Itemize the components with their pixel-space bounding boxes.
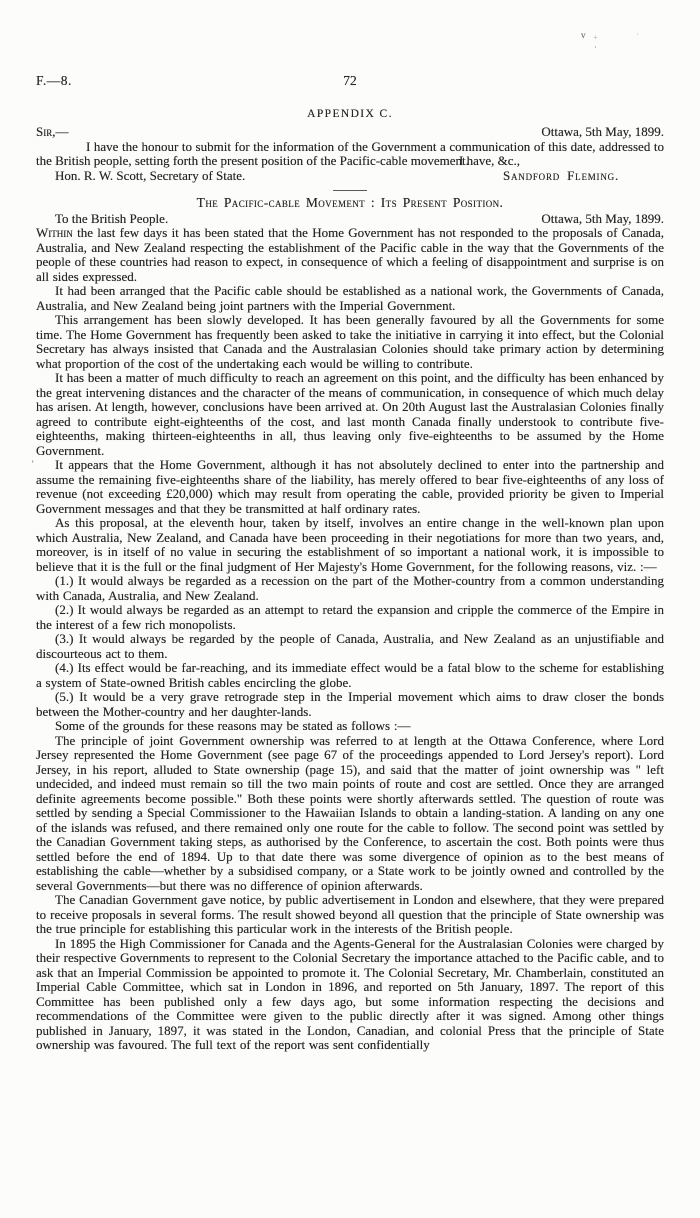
section-heading: The Pacific-cable Movement : Its Present… <box>36 196 664 211</box>
scan-speck: + <box>593 34 598 42</box>
list-item-paragraph: (5.) It would be a very grave retrograde… <box>36 690 664 719</box>
paragraph: In 1895 the High Commissioner for Canada… <box>36 937 664 1053</box>
letter-dateline: Ottawa, 5th May, 1899. <box>541 212 664 227</box>
paragraph: It has been a matter of much difficulty … <box>36 371 664 458</box>
addressee-signature-row: Hon. R. W. Scott, Secretary of State. Sa… <box>36 169 664 184</box>
page-header: F.—8. 72 <box>36 74 664 89</box>
list-item-paragraph: (2.) It would always be regarded as an a… <box>36 603 664 632</box>
list-item-paragraph: (3.) It would always be regarded by the … <box>36 632 664 661</box>
signature: Sandford Fleming. <box>503 169 664 184</box>
paragraph-lead: Within <box>36 225 73 240</box>
section-divider <box>333 190 367 191</box>
paragraph: The Canadian Government gave notice, by … <box>36 893 664 937</box>
paragraph: The principle of joint Government owners… <box>36 734 664 894</box>
scan-speck: ' <box>32 460 34 469</box>
scan-speck: ˙ <box>594 46 597 55</box>
page-number: 72 <box>343 74 357 89</box>
addressee: Hon. R. W. Scott, Secretary of State. <box>36 169 245 184</box>
paragraph: It appears that the Home Government, alt… <box>36 458 664 516</box>
paragraph: Some of the grounds for these reasons ma… <box>36 719 664 734</box>
paragraph: It had been arranged that the Pacific ca… <box>36 284 664 313</box>
letter-salutation-row: To the British People. Ottawa, 5th May, … <box>36 212 664 227</box>
list-item-paragraph: (1.) It would always be regarded as a re… <box>36 574 664 603</box>
scan-speck: v <box>581 31 586 40</box>
appendix-salutation-row: Sir,— Ottawa, 5th May, 1899. <box>36 125 664 140</box>
paragraph: This arrangement has been slowly develop… <box>36 313 664 371</box>
document-page: v + ˙ · ' F.—8. 72 APPENDIX C. Sir,— Ott… <box>0 0 700 1218</box>
salutation: Sir,— <box>36 125 68 140</box>
document-reference: F.—8. <box>36 74 72 89</box>
appendix-title: APPENDIX C. <box>36 107 664 122</box>
letter-body: Within the last few days it has been sta… <box>36 226 664 1053</box>
paragraph: Within the last few days it has been sta… <box>36 226 664 284</box>
page-content: F.—8. 72 APPENDIX C. Sir,— Ottawa, 5th M… <box>36 74 664 1053</box>
dateline: Ottawa, 5th May, 1899. <box>541 125 664 140</box>
scan-speck: · <box>636 31 639 39</box>
list-item-paragraph: (4.) Its effect would be far-reaching, a… <box>36 661 664 690</box>
paragraph-text: the last few days it has been stated tha… <box>36 225 664 284</box>
paragraph: As this proposal, at the eleventh hour, … <box>36 516 664 574</box>
letter-salutation: To the British People. <box>36 212 168 227</box>
